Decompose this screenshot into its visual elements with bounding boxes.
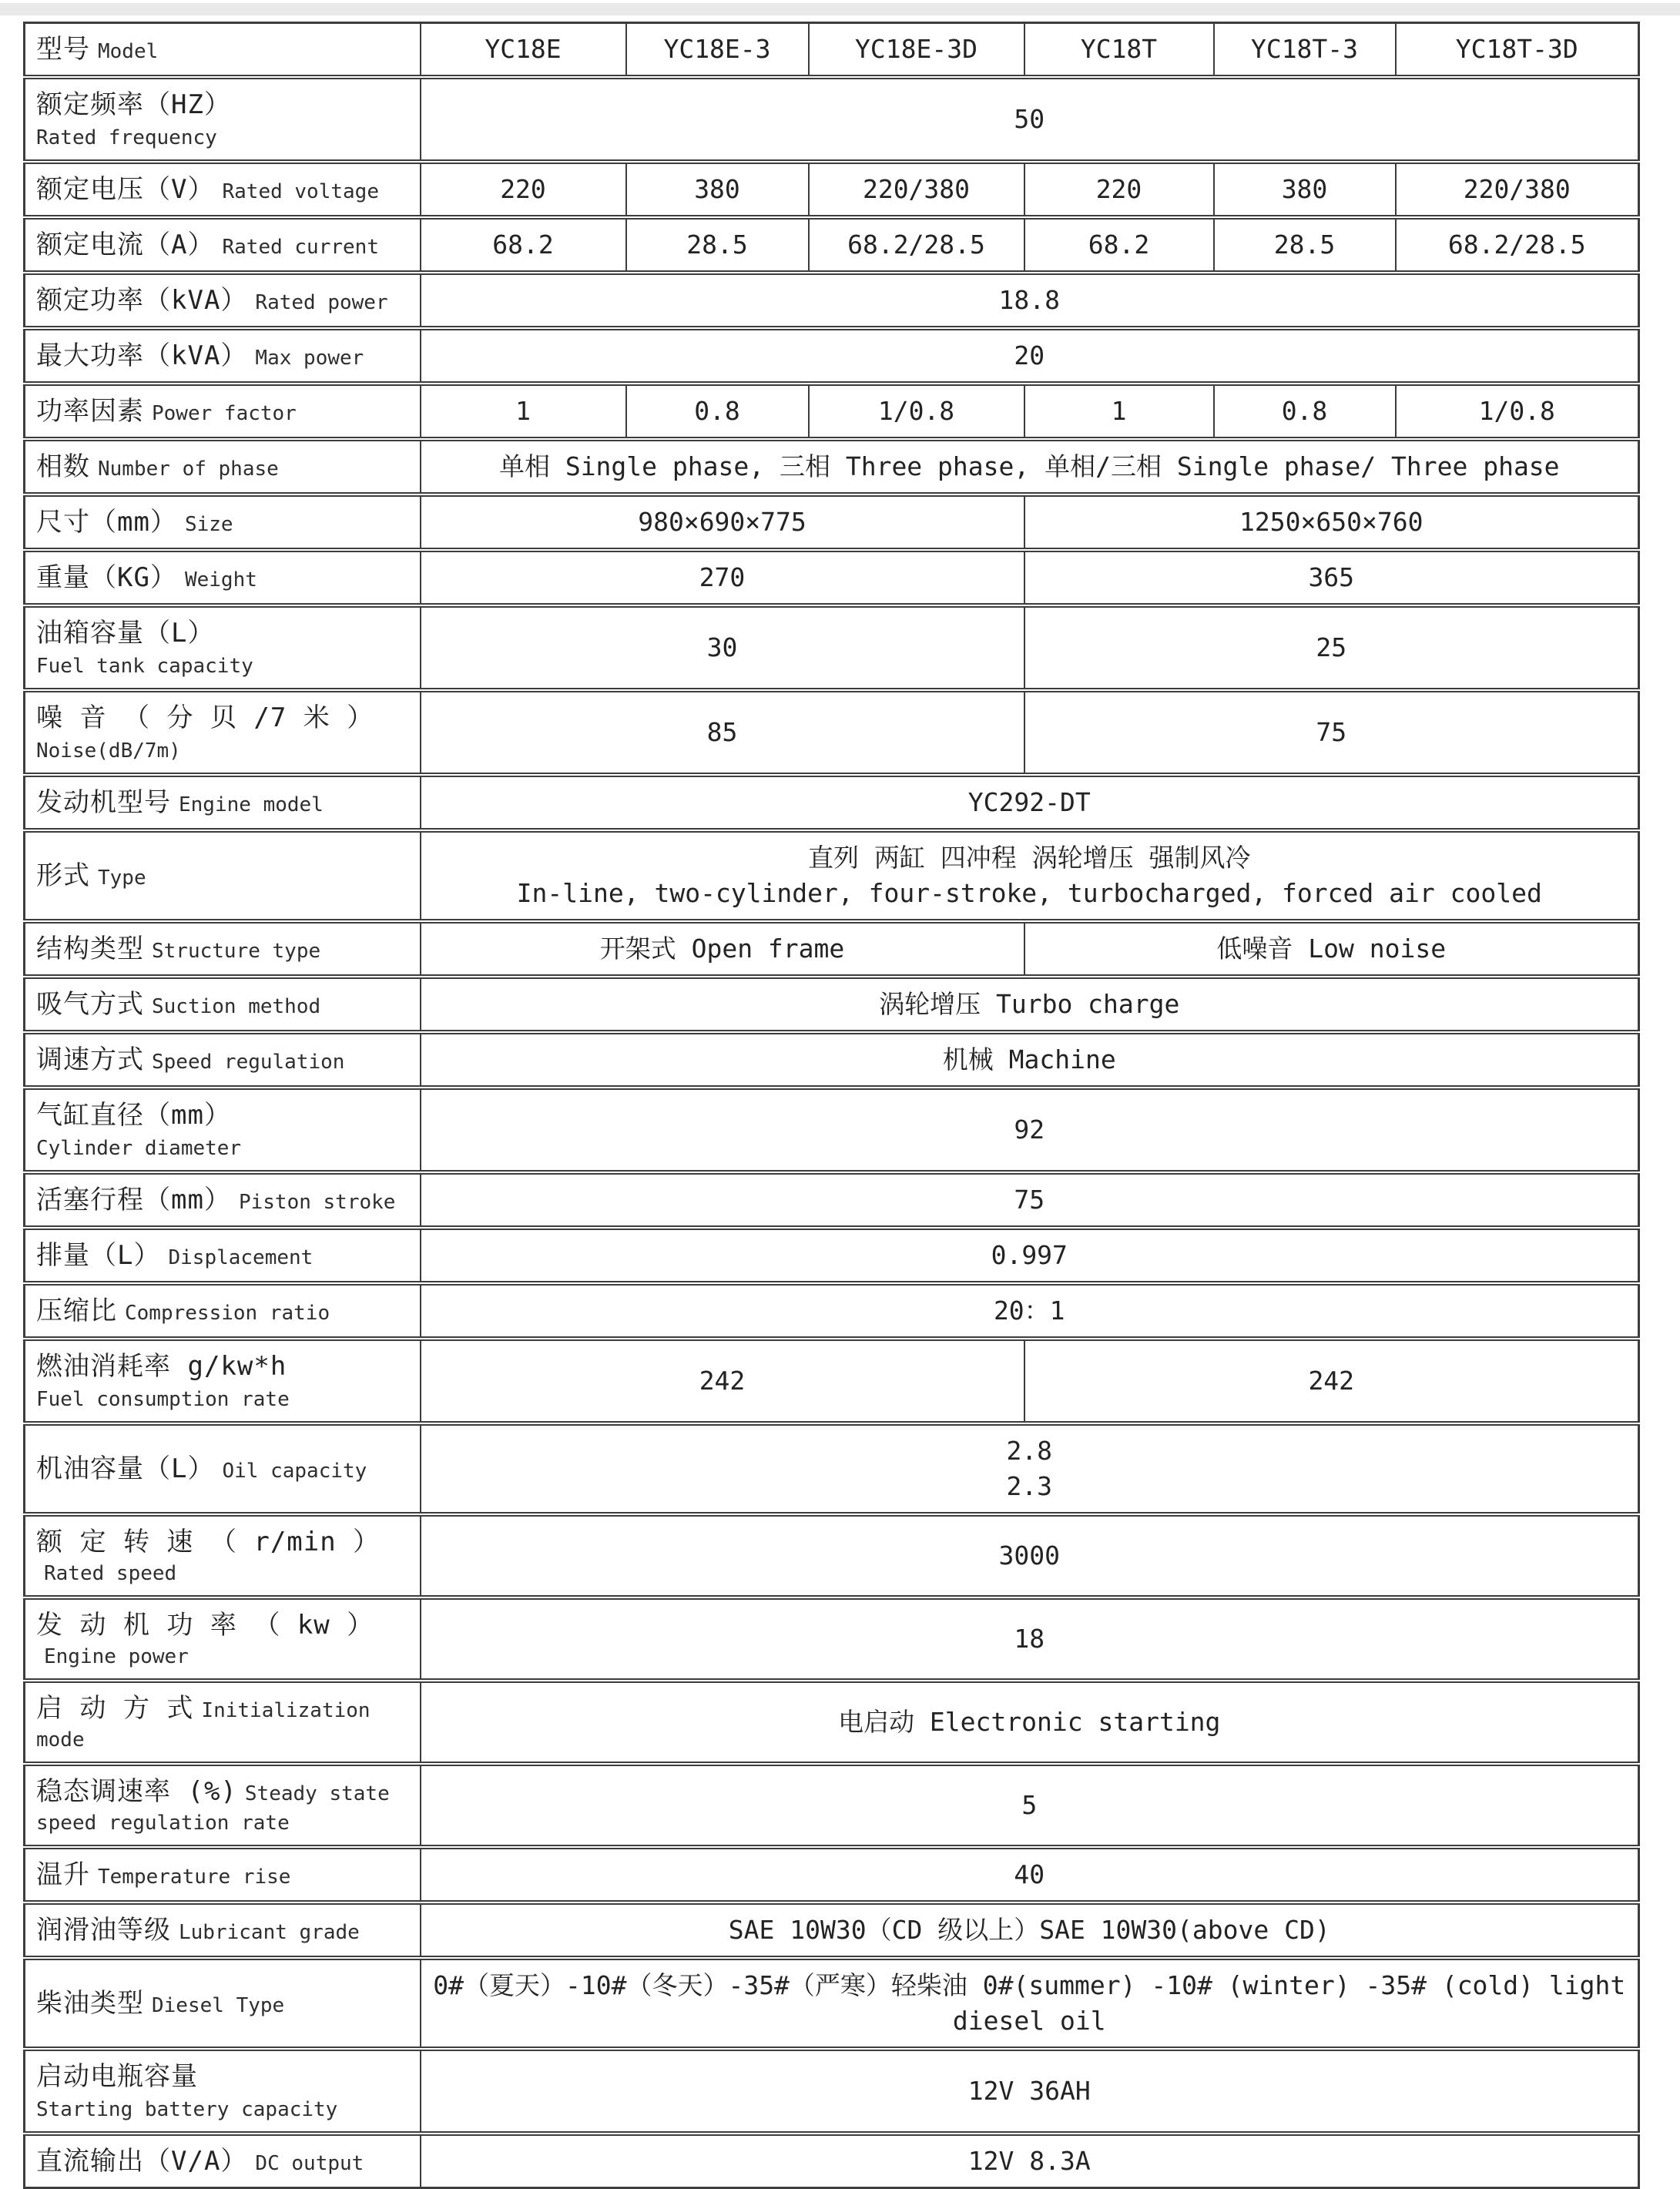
spec-value-cell: 涡轮增压 Turbo charge (421, 977, 1639, 1032)
spec-label-zh: 温升 (36, 1859, 90, 1890)
table-row-lubricant-grade: 润滑油等级Lubricant gradeSAE 10W30（CD 级以上）SAE… (25, 1902, 1639, 1958)
spec-label-zh: 发动机型号 (36, 787, 171, 818)
table-row-rated-current: 额定电流（A）Rated current68.228.568.2/28.568.… (25, 217, 1639, 273)
spec-value-line: In-line, two-cylinder, four-stroke, turb… (428, 876, 1632, 911)
spec-label-zh: 相数 (36, 451, 90, 482)
spec-value-cell: 0#（夏天）-10#（冬天）-35#（严寒）轻柴油 0#(summer) -10… (421, 1958, 1639, 2049)
spec-label-temperature-rise: 温升Temperature rise (25, 1847, 421, 1902)
spec-label-starting-battery-capacity: 启动电瓶容量Starting battery capacity (25, 2049, 421, 2134)
spec-value-cell: 220/380 (809, 162, 1024, 217)
spec-value-cell: 1/0.8 (1396, 384, 1639, 439)
spec-label-en: Size (185, 513, 233, 536)
spec-label-en: Rated voltage (222, 180, 379, 203)
spec-value-cell: 1 (421, 384, 626, 439)
spec-value-cell: 68.2/28.5 (809, 217, 1024, 273)
table-row-fuel-tank-capacity: 油箱容量（L）Fuel tank capacity3025 (25, 605, 1639, 690)
spec-value-cell: 机械 Machine (421, 1032, 1639, 1088)
spec-label-zh: 油箱容量（L） (36, 618, 214, 649)
spec-value-cell: 92 (421, 1088, 1639, 1172)
table-row-power-factor: 功率因素Power factor10.81/0.810.81/0.8 (25, 384, 1639, 439)
spec-label-en: Noise(dB/7m) (36, 737, 415, 765)
spec-label-en: Diesel Type (152, 1994, 284, 2017)
spec-label-en: Fuel tank capacity (36, 652, 415, 680)
table-row-noise: 噪 音 （ 分 贝 /7 米 ）Noise(dB/7m)8575 (25, 690, 1639, 775)
spec-value-cell: 242 (421, 1339, 1024, 1423)
spec-label-zh: 吸气方式 (36, 989, 144, 1020)
table-row-rated-power: 额定功率（kVA）Rated power18.8 (25, 273, 1639, 328)
spec-label-en: Power factor (152, 402, 297, 425)
spec-label-en: Displacement (168, 1246, 313, 1269)
spec-label-en: Suction method (152, 995, 320, 1018)
spec-value-cell: SAE 10W30（CD 级以上）SAE 10W30(above CD) (421, 1902, 1639, 1958)
spec-value-cell: 28.5 (1214, 217, 1396, 273)
spec-value-cell: 3000 (421, 1514, 1639, 1597)
spec-value-cell: 50 (421, 77, 1639, 162)
spec-label-fuel-consumption-rate: 燃油消耗率 g/kw*hFuel consumption rate (25, 1339, 421, 1423)
table-row-oil-capacity: 机油容量（L）Oil capacity2.82.3 (25, 1423, 1639, 1514)
spec-label-zh: 排量（L） (36, 1240, 160, 1271)
table-row-suction-method: 吸气方式Suction method涡轮增压 Turbo charge (25, 977, 1639, 1032)
spec-label-steady-state-speed-regulation-rate: 稳态调速率 (%)Steady state speed regulation r… (25, 1764, 421, 1847)
spec-label-zh: 噪 音 （ 分 贝 /7 米 ） (36, 702, 374, 733)
spec-label-en: Structure type (152, 940, 320, 963)
spec-value-cell: 68.2 (421, 217, 626, 273)
spec-label-oil-capacity: 机油容量（L）Oil capacity (25, 1423, 421, 1514)
spec-value-cell: 25 (1024, 605, 1639, 690)
spec-label-en: Oil capacity (222, 1460, 367, 1483)
spec-label-zh: 功率因素 (36, 396, 144, 427)
spec-value-cell: 85 (421, 690, 1024, 775)
spec-label-zh: 燃油消耗率 g/kw*h (36, 1351, 287, 1382)
spec-value-cell: 5 (421, 1764, 1639, 1847)
spec-value-cell: 380 (626, 162, 809, 217)
spec-value-cell: 68.2/28.5 (1396, 217, 1639, 273)
spec-value-cell: 1 (1024, 384, 1214, 439)
spec-label-en: Type (98, 867, 146, 890)
spec-value-cell: 0.8 (1214, 384, 1396, 439)
table-row-rated-speed: 额 定 转 速 （ r/min ）Rated speed3000 (25, 1514, 1639, 1597)
spec-label-en: Lubricant grade (179, 1921, 360, 1944)
spec-label-fuel-tank-capacity: 油箱容量（L）Fuel tank capacity (25, 605, 421, 690)
spec-value-cell: YC18E-3 (626, 23, 809, 78)
spec-label-zh: 额 定 转 速 （ r/min ） (36, 1527, 380, 1557)
spec-value-cell: 365 (1024, 550, 1639, 605)
spec-label-zh: 启 动 方 式 (36, 1693, 193, 1724)
spec-label-zh: 气缸直径（mm） (36, 1100, 231, 1131)
spec-label-lubricant-grade: 润滑油等级Lubricant grade (25, 1902, 421, 1958)
spec-label-zh: 活塞行程（mm） (36, 1185, 231, 1215)
spec-label-rated-current: 额定电流（A）Rated current (25, 217, 421, 273)
spec-value-cell: 18 (421, 1597, 1639, 1681)
spec-label-size: 尺寸（mm）Size (25, 494, 421, 550)
spec-value-cell: 18.8 (421, 273, 1639, 328)
spec-label-dc-output: 直流输出（V/A）DC output (25, 2134, 421, 2188)
spec-label-zh: 发 动 机 功 率 （ kw ） (36, 1610, 374, 1641)
spec-label-engine-model: 发动机型号Engine model (25, 775, 421, 830)
spec-label-zh: 调速方式 (36, 1044, 144, 1075)
spec-label-rated-frequency: 额定频率（HZ）Rated frequency (25, 77, 421, 162)
table-row-rated-voltage: 额定电压（V）Rated voltage220380220/3802203802… (25, 162, 1639, 217)
spec-label-number-of-phase: 相数Number of phase (25, 439, 421, 494)
spec-label-zh: 润滑油等级 (36, 1915, 171, 1946)
spec-label-zh: 启动电瓶容量 (36, 2061, 198, 2092)
spec-label-zh: 重量（KG） (36, 562, 177, 593)
spec-value-cell: 30 (421, 605, 1024, 690)
table-row-max-power: 最大功率（kVA）Max power20 (25, 328, 1639, 384)
spec-label-rated-voltage: 额定电压（V）Rated voltage (25, 162, 421, 217)
scan-artifact-top-band (0, 3, 1680, 15)
table-row-size: 尺寸（mm）Size980×690×7751250×650×760 (25, 494, 1639, 550)
table-row-engine-type: 形式Type直列 两缸 四冲程 涡轮增压 强制风冷In-line, two-cy… (25, 830, 1639, 921)
spec-value-cell: 220 (1024, 162, 1214, 217)
spec-value-cell: 1250×650×760 (1024, 494, 1639, 550)
spec-label-cylinder-diameter: 气缸直径（mm）Cylinder diameter (25, 1088, 421, 1172)
spec-label-initialization-mode: 启 动 方 式Initialization mode (25, 1681, 421, 1764)
spec-label-en: Number of phase (98, 458, 279, 481)
spec-label-en: Compression ratio (125, 1302, 330, 1325)
spec-label-en: Model (98, 40, 158, 63)
spec-value-cell: 单相 Single phase, 三相 Three phase, 单相/三相 S… (421, 439, 1639, 494)
spec-label-compression-ratio: 压缩比Compression ratio (25, 1283, 421, 1339)
spec-value-cell: 220/380 (1396, 162, 1639, 217)
spec-value-cell: 242 (1024, 1339, 1639, 1423)
spec-label-rated-power: 额定功率（kVA）Rated power (25, 273, 421, 328)
spec-label-structure-type: 结构类型Structure type (25, 921, 421, 977)
table-row-model: 型号ModelYC18EYC18E-3YC18E-3DYC18TYC18T-3Y… (25, 23, 1639, 78)
spec-label-en: Temperature rise (98, 1866, 290, 1889)
spec-label-zh: 额定电压（V） (36, 174, 214, 205)
spec-label-zh: 额定电流（A） (36, 230, 214, 260)
spec-value-cell: 0.8 (626, 384, 809, 439)
spec-label-noise: 噪 音 （ 分 贝 /7 米 ）Noise(dB/7m) (25, 690, 421, 775)
spec-label-en: Rated current (222, 236, 379, 259)
table-row-steady-state-speed-regulation-rate: 稳态调速率 (%)Steady state speed regulation r… (25, 1764, 1639, 1847)
spec-label-zh: 稳态调速率 (%) (36, 1776, 237, 1807)
spec-value-cell: 20 (421, 328, 1639, 384)
spec-sheet-page: 型号ModelYC18EYC18E-3YC18E-3DYC18TYC18T-3Y… (23, 22, 1640, 2189)
spec-label-en: Engine power (44, 1645, 189, 1668)
spec-label-max-power: 最大功率（kVA）Max power (25, 328, 421, 384)
generator-spec-table: 型号ModelYC18EYC18E-3YC18E-3DYC18TYC18T-3Y… (23, 22, 1640, 2189)
spec-label-en: Rated power (255, 291, 387, 314)
table-row-engine-model: 发动机型号Engine modelYC292-DT (25, 775, 1639, 830)
table-row-dc-output: 直流输出（V/A）DC output12V 8.3A (25, 2134, 1639, 2188)
spec-label-en: DC output (255, 2152, 364, 2175)
spec-label-zh: 最大功率（kVA） (36, 340, 247, 371)
spec-table-body: 型号ModelYC18EYC18E-3YC18E-3DYC18TYC18T-3Y… (25, 23, 1639, 2188)
spec-label-zh: 形式 (36, 860, 90, 891)
spec-label-en: Speed regulation (152, 1051, 344, 1074)
spec-value-cell: 低噪音 Low noise (1024, 921, 1639, 977)
spec-value-line: 2.8 (428, 1433, 1632, 1469)
spec-label-en: Max power (255, 347, 364, 370)
table-row-engine-power: 发 动 机 功 率 （ kw ）Engine power18 (25, 1597, 1639, 1681)
spec-label-power-factor: 功率因素Power factor (25, 384, 421, 439)
spec-value-cell: YC18T (1024, 23, 1214, 78)
spec-label-zh: 额定功率（kVA） (36, 285, 247, 316)
table-row-structure-type: 结构类型Structure type开架式 Open frame低噪音 Low … (25, 921, 1639, 977)
spec-label-zh: 额定频率（HZ） (36, 89, 231, 120)
spec-value-cell: 电启动 Electronic starting (421, 1681, 1639, 1764)
spec-label-en: Starting battery capacity (36, 2096, 415, 2124)
table-row-temperature-rise: 温升Temperature rise40 (25, 1847, 1639, 1902)
spec-value-cell: 270 (421, 550, 1024, 605)
spec-value-line: 直列 两缸 四冲程 涡轮增压 强制风冷 (428, 840, 1632, 876)
spec-value-cell: 直列 两缸 四冲程 涡轮增压 强制风冷In-line, two-cylinder… (421, 830, 1639, 921)
spec-label-en: Weight (185, 568, 257, 592)
spec-label-zh: 结构类型 (36, 934, 144, 964)
table-row-piston-stroke: 活塞行程（mm）Piston stroke75 (25, 1172, 1639, 1228)
spec-label-zh: 尺寸（mm） (36, 507, 177, 538)
spec-label-zh: 压缩比 (36, 1296, 117, 1326)
table-row-initialization-mode: 启 动 方 式Initialization mode电启动 Electronic… (25, 1681, 1639, 1764)
spec-label-en: Fuel consumption rate (36, 1386, 415, 1413)
spec-label-engine-power: 发 动 机 功 率 （ kw ）Engine power (25, 1597, 421, 1681)
spec-value-cell: 980×690×775 (421, 494, 1024, 550)
spec-label-weight: 重量（KG）Weight (25, 550, 421, 605)
spec-label-zh: 直流输出（V/A） (36, 2146, 247, 2177)
spec-value-cell: 68.2 (1024, 217, 1214, 273)
spec-label-en: Engine model (179, 793, 324, 816)
table-row-rated-frequency: 额定频率（HZ）Rated frequency50 (25, 77, 1639, 162)
spec-value-cell: 28.5 (626, 217, 809, 273)
spec-value-cell: 12V 8.3A (421, 2134, 1639, 2188)
spec-value-cell: 220 (421, 162, 626, 217)
table-row-speed-regulation: 调速方式Speed regulation机械 Machine (25, 1032, 1639, 1088)
spec-value-cell: YC18E-3D (809, 23, 1024, 78)
spec-label-engine-type: 形式Type (25, 830, 421, 921)
spec-label-zh: 型号 (36, 34, 90, 65)
spec-label-speed-regulation: 调速方式Speed regulation (25, 1032, 421, 1088)
table-row-cylinder-diameter: 气缸直径（mm）Cylinder diameter92 (25, 1088, 1639, 1172)
spec-value-cell: 1/0.8 (809, 384, 1024, 439)
spec-value-cell: 40 (421, 1847, 1639, 1902)
table-row-diesel-type: 柴油类型Diesel Type0#（夏天）-10#（冬天）-35#（严寒）轻柴油… (25, 1958, 1639, 2049)
table-row-starting-battery-capacity: 启动电瓶容量Starting battery capacity12V 36AH (25, 2049, 1639, 2134)
spec-label-piston-stroke: 活塞行程（mm）Piston stroke (25, 1172, 421, 1228)
spec-value-cell: 20：1 (421, 1283, 1639, 1339)
table-row-compression-ratio: 压缩比Compression ratio20：1 (25, 1283, 1639, 1339)
spec-label-rated-speed: 额 定 转 速 （ r/min ）Rated speed (25, 1514, 421, 1597)
spec-value-cell: 380 (1214, 162, 1396, 217)
spec-label-en: Piston stroke (239, 1191, 396, 1214)
spec-value-cell: YC292-DT (421, 775, 1639, 830)
spec-label-model: 型号Model (25, 23, 421, 78)
spec-value-cell: 2.82.3 (421, 1423, 1639, 1514)
spec-label-suction-method: 吸气方式Suction method (25, 977, 421, 1032)
spec-value-cell: YC18E (421, 23, 626, 78)
spec-value-line: 2.3 (428, 1469, 1632, 1504)
table-row-displacement: 排量（L）Displacement0.997 (25, 1228, 1639, 1283)
table-row-fuel-consumption-rate: 燃油消耗率 g/kw*hFuel consumption rate242242 (25, 1339, 1639, 1423)
spec-label-en: Rated frequency (36, 124, 415, 152)
spec-value-cell: 开架式 Open frame (421, 921, 1024, 977)
spec-value-cell: 75 (421, 1172, 1639, 1228)
spec-value-cell: 0.997 (421, 1228, 1639, 1283)
spec-label-zh: 机油容量（L） (36, 1453, 214, 1484)
spec-label-diesel-type: 柴油类型Diesel Type (25, 1958, 421, 2049)
table-row-number-of-phase: 相数Number of phase单相 Single phase, 三相 Thr… (25, 439, 1639, 494)
spec-value-cell: 12V 36AH (421, 2049, 1639, 2134)
spec-label-zh: 柴油类型 (36, 1988, 144, 2019)
spec-label-en: Rated speed (44, 1562, 176, 1585)
table-row-weight: 重量（KG）Weight270365 (25, 550, 1639, 605)
spec-label-displacement: 排量（L）Displacement (25, 1228, 421, 1283)
spec-label-en: Cylinder diameter (36, 1135, 415, 1162)
spec-value-cell: YC18T-3D (1396, 23, 1639, 78)
spec-value-cell: 75 (1024, 690, 1639, 775)
spec-value-cell: YC18T-3 (1214, 23, 1396, 78)
